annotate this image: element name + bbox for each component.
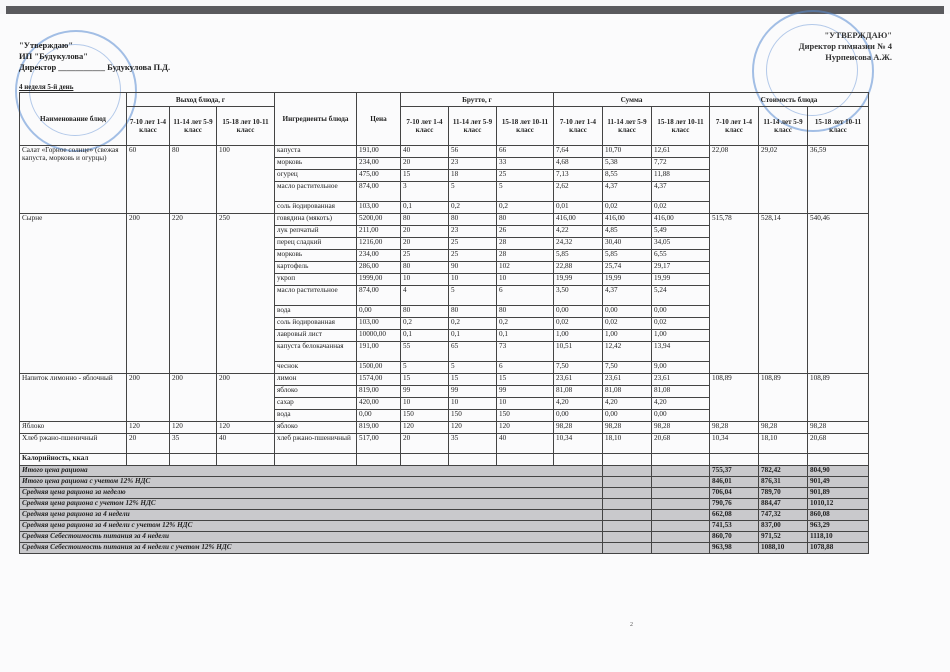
empty-cell bbox=[652, 477, 710, 488]
dish-cost: 20,68 bbox=[808, 434, 869, 454]
ingredient-price: 874,00 bbox=[357, 182, 401, 202]
dish-cost: 108,89 bbox=[808, 374, 869, 422]
summary-value: 963,98 bbox=[710, 543, 759, 554]
ingredient-sum: 18,10 bbox=[603, 434, 652, 454]
empty-cell bbox=[497, 454, 554, 466]
ingredient-sum: 20,68 bbox=[652, 434, 710, 454]
ingredient-gross: 20 bbox=[401, 238, 449, 250]
ingredient-name: вода bbox=[275, 410, 357, 422]
ingredient-gross: 80 bbox=[401, 214, 449, 226]
ingredient-gross: 55 bbox=[401, 342, 449, 362]
ingredient-sum: 4,22 bbox=[554, 226, 603, 238]
dish-cost: 528,14 bbox=[759, 214, 808, 374]
dish-cost: 18,10 bbox=[759, 434, 808, 454]
summary-label: Средняя цена рациона с учетом 12% НДС bbox=[20, 499, 603, 510]
table-row: Яблоко120120120яблоко819,0012012012098,2… bbox=[20, 422, 869, 434]
empty-cell bbox=[652, 466, 710, 477]
ingredient-sum: 5,85 bbox=[554, 250, 603, 262]
header-age-sum: 7-10 лет 1-4 класс bbox=[554, 107, 603, 146]
ingredient-price: 103,00 bbox=[357, 318, 401, 330]
empty-cell bbox=[603, 499, 652, 510]
summary-value: 804,90 bbox=[808, 466, 869, 477]
summary-value: 901,49 bbox=[808, 477, 869, 488]
approval-left-line: Директор ___________ Будукулова П.Д. bbox=[19, 62, 170, 73]
ingredient-name: капуста bbox=[275, 146, 357, 158]
ingredient-sum: 12,42 bbox=[603, 342, 652, 362]
summary-label: Средняя цена рациона за неделю bbox=[20, 488, 603, 499]
ingredient-name: морковь bbox=[275, 158, 357, 170]
ingredient-name: яблоко bbox=[275, 422, 357, 434]
table-row: Салат «Горное солнце» (свежая капуста, м… bbox=[20, 146, 869, 158]
ingredient-gross: 120 bbox=[449, 422, 497, 434]
header-cost: Стоимость блюда bbox=[710, 93, 869, 107]
ingredient-gross: 0,2 bbox=[497, 202, 554, 214]
ingredient-price: 286,00 bbox=[357, 262, 401, 274]
ingredient-gross: 80 bbox=[401, 306, 449, 318]
empty-cell bbox=[759, 454, 808, 466]
ingredient-sum: 98,28 bbox=[652, 422, 710, 434]
summary-value: 789,70 bbox=[759, 488, 808, 499]
ingredient-price: 420,00 bbox=[357, 398, 401, 410]
table-row: Хлеб ржано-пшеничный203540хлеб ржано-пше… bbox=[20, 434, 869, 454]
empty-cell bbox=[170, 454, 217, 466]
ingredient-sum: 0,02 bbox=[652, 318, 710, 330]
summary-value: 706,04 bbox=[710, 488, 759, 499]
header-age-sum: 11-14 лет 5-9 класс bbox=[603, 107, 652, 146]
ingredient-sum: 24,32 bbox=[554, 238, 603, 250]
dish-yield: 250 bbox=[217, 214, 275, 374]
ingredient-price: 0,00 bbox=[357, 410, 401, 422]
empty-cell bbox=[603, 521, 652, 532]
empty-cell bbox=[603, 477, 652, 488]
summary-value: 884,47 bbox=[759, 499, 808, 510]
header-age-yield: 7-10 лет 1-4 класс bbox=[127, 107, 170, 146]
summary-value: 790,76 bbox=[710, 499, 759, 510]
ingredient-gross: 0,2 bbox=[401, 318, 449, 330]
ingredient-name: укроп bbox=[275, 274, 357, 286]
ingredient-gross: 18 bbox=[449, 170, 497, 182]
approval-block-right: "УТВЕРЖДАЮ" Директор гимназии № 4 Нурпеи… bbox=[799, 30, 892, 63]
ingredient-gross: 80 bbox=[497, 306, 554, 318]
ingredient-sum: 1,00 bbox=[603, 330, 652, 342]
empty-cell bbox=[275, 454, 357, 466]
ingredient-gross: 10 bbox=[497, 274, 554, 286]
summary-value: 747,32 bbox=[759, 510, 808, 521]
header-age-gross: 11-14 лет 5-9 класс bbox=[449, 107, 497, 146]
summary-label: Средняя Себестоимость питания за 4 недел… bbox=[20, 532, 603, 543]
summary-value: 837,00 bbox=[759, 521, 808, 532]
ingredient-gross: 25 bbox=[497, 170, 554, 182]
table-header: Наименование блюд Выход блюда, г Ингреди… bbox=[20, 93, 869, 146]
ingredient-sum: 416,00 bbox=[603, 214, 652, 226]
ingredient-sum: 0,00 bbox=[603, 410, 652, 422]
summary-value: 782,42 bbox=[759, 466, 808, 477]
summary-label: Средняя Себестоимость питания за 4 недел… bbox=[20, 543, 603, 554]
summary-row: Средняя цена рациона за 4 недели с учето… bbox=[20, 521, 869, 532]
ingredient-sum: 0,01 bbox=[554, 202, 603, 214]
ingredient-gross: 5 bbox=[449, 286, 497, 306]
ingredient-gross: 0,1 bbox=[497, 330, 554, 342]
ingredient-gross: 56 bbox=[449, 146, 497, 158]
ingredient-price: 5200,00 bbox=[357, 214, 401, 226]
dish-yield: 35 bbox=[170, 434, 217, 454]
ingredient-price: 1216,00 bbox=[357, 238, 401, 250]
ingredient-gross: 20 bbox=[401, 434, 449, 454]
empty-cell bbox=[652, 499, 710, 510]
ingredient-gross: 0,1 bbox=[449, 330, 497, 342]
ingredient-sum: 5,85 bbox=[603, 250, 652, 262]
summary-row: Средняя Себестоимость питания за 4 недел… bbox=[20, 543, 869, 554]
ingredient-name: картофель bbox=[275, 262, 357, 274]
summary-value: 1088,10 bbox=[759, 543, 808, 554]
header-price: Цена bbox=[357, 93, 401, 146]
table-row: Сырне200220250говядина (мякоть)5200,0080… bbox=[20, 214, 869, 226]
summary-row: Средняя Себестоимость питания за 4 недел… bbox=[20, 532, 869, 543]
ingredient-gross: 4 bbox=[401, 286, 449, 306]
dish-yield: 20 bbox=[127, 434, 170, 454]
header-age-yield: 11-14 лет 5-9 класс bbox=[170, 107, 217, 146]
ingredient-sum: 2,62 bbox=[554, 182, 603, 202]
ingredient-gross: 99 bbox=[449, 386, 497, 398]
week-day-label: 4 неделя 5-й день bbox=[19, 83, 73, 91]
ingredient-sum: 7,13 bbox=[554, 170, 603, 182]
approval-block-left: "Утверждаю" ИП "Будукулова" Директор ___… bbox=[19, 40, 170, 73]
ingredient-price: 191,00 bbox=[357, 342, 401, 362]
ingredient-sum: 0,00 bbox=[652, 410, 710, 422]
ingredient-price: 10000,00 bbox=[357, 330, 401, 342]
ingredient-sum: 23,61 bbox=[603, 374, 652, 386]
table-row: Напиток лимонно - яблочный200200200лимон… bbox=[20, 374, 869, 386]
dish-yield: 200 bbox=[127, 214, 170, 374]
ingredient-gross: 80 bbox=[449, 214, 497, 226]
table-body: Салат «Горное солнце» (свежая капуста, м… bbox=[20, 146, 869, 554]
ingredient-sum: 19,99 bbox=[652, 274, 710, 286]
empty-cell bbox=[652, 454, 710, 466]
ingredient-gross: 150 bbox=[449, 410, 497, 422]
ingredient-sum: 12,61 bbox=[652, 146, 710, 158]
ingredient-sum: 1,00 bbox=[554, 330, 603, 342]
ingredient-sum: 98,28 bbox=[603, 422, 652, 434]
ingredient-gross: 28 bbox=[497, 250, 554, 262]
dish-cost: 540,46 bbox=[808, 214, 869, 374]
ingredient-sum: 0,00 bbox=[554, 410, 603, 422]
dish-name: Салат «Горное солнце» (свежая капуста, м… bbox=[20, 146, 127, 214]
ingredient-price: 874,00 bbox=[357, 286, 401, 306]
empty-cell bbox=[357, 454, 401, 466]
ingredient-gross: 99 bbox=[497, 386, 554, 398]
header-ingredients: Ингредиенты блюда bbox=[275, 93, 357, 146]
ingredient-name: морковь bbox=[275, 250, 357, 262]
dish-yield: 220 bbox=[170, 214, 217, 374]
empty-cell bbox=[652, 521, 710, 532]
dish-yield: 120 bbox=[217, 422, 275, 434]
ingredient-gross: 66 bbox=[497, 146, 554, 158]
ingredient-sum: 5,49 bbox=[652, 226, 710, 238]
ingredient-gross: 23 bbox=[449, 158, 497, 170]
summary-value: 741,53 bbox=[710, 521, 759, 532]
ingredient-sum: 7,64 bbox=[554, 146, 603, 158]
ingredient-price: 0,00 bbox=[357, 306, 401, 318]
summary-value: 846,01 bbox=[710, 477, 759, 488]
calories-label: Калорийность, ккал bbox=[20, 454, 127, 466]
ingredient-sum: 0,02 bbox=[603, 318, 652, 330]
dish-yield: 200 bbox=[170, 374, 217, 422]
dish-yield: 40 bbox=[217, 434, 275, 454]
ingredient-gross: 99 bbox=[401, 386, 449, 398]
empty-cell bbox=[603, 543, 652, 554]
summary-value: 1078,88 bbox=[808, 543, 869, 554]
approval-right-line: "УТВЕРЖДАЮ" bbox=[799, 30, 892, 41]
summary-row: Итого цена рациона755,37782,42804,90 bbox=[20, 466, 869, 477]
ingredient-gross: 3 bbox=[401, 182, 449, 202]
empty-cell bbox=[652, 543, 710, 554]
ingredient-sum: 98,28 bbox=[554, 422, 603, 434]
ingredient-gross: 80 bbox=[497, 214, 554, 226]
empty-cell bbox=[127, 454, 170, 466]
ingredient-sum: 19,99 bbox=[603, 274, 652, 286]
ingredient-sum: 81,08 bbox=[652, 386, 710, 398]
dish-name: Хлеб ржано-пшеничный bbox=[20, 434, 127, 454]
ingredient-gross: 15 bbox=[449, 374, 497, 386]
header-age-cost: 7-10 лет 1-4 класс bbox=[710, 107, 759, 146]
dish-name: Напиток лимонно - яблочный bbox=[20, 374, 127, 422]
ingredient-name: хлеб ржано-пшеничный bbox=[275, 434, 357, 454]
dish-cost: 36,59 bbox=[808, 146, 869, 214]
dish-cost: 98,28 bbox=[759, 422, 808, 434]
ingredient-sum: 9,00 bbox=[652, 362, 710, 374]
ingredient-sum: 4,20 bbox=[554, 398, 603, 410]
dish-yield: 200 bbox=[127, 374, 170, 422]
ingredient-name: перец сладкий bbox=[275, 238, 357, 250]
ingredient-gross: 33 bbox=[497, 158, 554, 170]
ingredient-price: 1500,00 bbox=[357, 362, 401, 374]
ingredient-gross: 102 bbox=[497, 262, 554, 274]
ingredient-sum: 81,08 bbox=[554, 386, 603, 398]
header-age-gross: 15-18 лет 10-11 класс bbox=[497, 107, 554, 146]
ingredient-sum: 4,37 bbox=[652, 182, 710, 202]
ingredient-gross: 10 bbox=[449, 274, 497, 286]
summary-value: 1010,12 bbox=[808, 499, 869, 510]
header-dish-name: Наименование блюд bbox=[20, 93, 127, 146]
ingredient-sum: 4,85 bbox=[603, 226, 652, 238]
dish-name: Яблоко bbox=[20, 422, 127, 434]
summary-value: 963,29 bbox=[808, 521, 869, 532]
ingredient-sum: 3,50 bbox=[554, 286, 603, 306]
empty-cell bbox=[652, 510, 710, 521]
ingredient-name: масло растительное bbox=[275, 182, 357, 202]
ingredient-price: 234,00 bbox=[357, 250, 401, 262]
ingredient-name: огурец bbox=[275, 170, 357, 182]
header-sum: Сумма bbox=[554, 93, 710, 107]
empty-cell bbox=[401, 454, 449, 466]
dish-cost: 29,02 bbox=[759, 146, 808, 214]
summary-value: 876,31 bbox=[759, 477, 808, 488]
ingredient-sum: 34,05 bbox=[652, 238, 710, 250]
ingredient-gross: 20 bbox=[401, 158, 449, 170]
ingredient-sum: 1,00 bbox=[652, 330, 710, 342]
ingredient-sum: 7,50 bbox=[603, 362, 652, 374]
approval-right-line: Нурпеисова А.Ж. bbox=[799, 52, 892, 63]
ingredient-name: лимон bbox=[275, 374, 357, 386]
ingredient-sum: 4,20 bbox=[603, 398, 652, 410]
ingredient-sum: 19,99 bbox=[554, 274, 603, 286]
summary-value: 755,37 bbox=[710, 466, 759, 477]
dish-yield: 200 bbox=[217, 374, 275, 422]
ingredient-name: капуста белокачанная bbox=[275, 342, 357, 362]
dish-cost: 108,89 bbox=[710, 374, 759, 422]
calories-row: Калорийность, ккал bbox=[20, 454, 869, 466]
summary-label: Средняя цена рациона за 4 недели с учето… bbox=[20, 521, 603, 532]
summary-value: 662,08 bbox=[710, 510, 759, 521]
ingredient-sum: 0,00 bbox=[652, 306, 710, 318]
ingredient-sum: 5,38 bbox=[603, 158, 652, 170]
ingredient-sum: 416,00 bbox=[652, 214, 710, 226]
ingredient-sum: 10,34 bbox=[554, 434, 603, 454]
ingredient-gross: 0,1 bbox=[401, 330, 449, 342]
ingredient-sum: 0,00 bbox=[554, 306, 603, 318]
ingredient-sum: 7,72 bbox=[652, 158, 710, 170]
ingredient-sum: 22,88 bbox=[554, 262, 603, 274]
empty-cell bbox=[808, 454, 869, 466]
ingredient-gross: 0,1 bbox=[401, 202, 449, 214]
dish-name: Сырне bbox=[20, 214, 127, 374]
header-age-cost: 11-14 лет 5-9 класс bbox=[759, 107, 808, 146]
ingredient-sum: 6,55 bbox=[652, 250, 710, 262]
ingredient-name: масло растительное bbox=[275, 286, 357, 306]
ingredient-sum: 5,24 bbox=[652, 286, 710, 306]
summary-row: Средняя цена рациона с учетом 12% НДС790… bbox=[20, 499, 869, 510]
ingredient-gross: 150 bbox=[401, 410, 449, 422]
ingredient-price: 103,00 bbox=[357, 202, 401, 214]
ingredient-gross: 35 bbox=[449, 434, 497, 454]
ingredient-gross: 25 bbox=[449, 238, 497, 250]
summary-label: Средняя цена рациона за 4 недели bbox=[20, 510, 603, 521]
ingredient-sum: 11,88 bbox=[652, 170, 710, 182]
empty-cell bbox=[710, 454, 759, 466]
ingredient-gross: 25 bbox=[449, 250, 497, 262]
dish-yield: 100 bbox=[217, 146, 275, 214]
scan-top-edge bbox=[6, 6, 944, 14]
ingredient-sum: 25,74 bbox=[603, 262, 652, 274]
ingredient-sum: 30,40 bbox=[603, 238, 652, 250]
dish-yield: 60 bbox=[127, 146, 170, 214]
ingredient-gross: 0,2 bbox=[449, 202, 497, 214]
ingredient-gross: 40 bbox=[497, 434, 554, 454]
dish-cost: 515,78 bbox=[710, 214, 759, 374]
dish-cost: 108,89 bbox=[759, 374, 808, 422]
ingredient-sum: 0,02 bbox=[652, 202, 710, 214]
ingredient-gross: 65 bbox=[449, 342, 497, 362]
ingredient-gross: 6 bbox=[497, 286, 554, 306]
ingredient-sum: 8,55 bbox=[603, 170, 652, 182]
header-age-yield: 15-18 лет 10-11 класс bbox=[217, 107, 275, 146]
ingredient-gross: 120 bbox=[497, 422, 554, 434]
ingredient-gross: 5 bbox=[401, 362, 449, 374]
ingredient-sum: 4,20 bbox=[652, 398, 710, 410]
ingredient-price: 819,00 bbox=[357, 422, 401, 434]
dish-yield: 120 bbox=[170, 422, 217, 434]
ingredient-gross: 25 bbox=[401, 250, 449, 262]
ingredient-gross: 5 bbox=[497, 182, 554, 202]
ingredient-name: сахар bbox=[275, 398, 357, 410]
empty-cell bbox=[652, 488, 710, 499]
ingredient-gross: 0,2 bbox=[449, 318, 497, 330]
ingredient-gross: 80 bbox=[401, 262, 449, 274]
ingredient-price: 234,00 bbox=[357, 158, 401, 170]
ingredient-price: 517,00 bbox=[357, 434, 401, 454]
dish-cost: 98,28 bbox=[710, 422, 759, 434]
ingredient-gross: 10 bbox=[449, 398, 497, 410]
approval-left-line: ИП "Будукулова" bbox=[19, 51, 170, 62]
ingredient-sum: 10,51 bbox=[554, 342, 603, 362]
empty-cell bbox=[603, 510, 652, 521]
ingredient-name: яблоко bbox=[275, 386, 357, 398]
ingredient-gross: 80 bbox=[449, 306, 497, 318]
page-number: 2 bbox=[630, 622, 633, 628]
summary-value: 860,08 bbox=[808, 510, 869, 521]
ingredient-sum: 13,94 bbox=[652, 342, 710, 362]
summary-row: Средняя цена рациона за 4 недели662,0874… bbox=[20, 510, 869, 521]
summary-value: 971,52 bbox=[759, 532, 808, 543]
ingredient-name: лук репчатый bbox=[275, 226, 357, 238]
ingredient-gross: 15 bbox=[401, 170, 449, 182]
ingredient-gross: 10 bbox=[497, 398, 554, 410]
ingredient-price: 475,00 bbox=[357, 170, 401, 182]
ingredient-gross: 73 bbox=[497, 342, 554, 362]
header-age-cost: 15-18 лет 10-11 класс bbox=[808, 107, 869, 146]
summary-label: Итого цена рациона bbox=[20, 466, 603, 477]
ingredient-gross: 6 bbox=[497, 362, 554, 374]
empty-cell bbox=[217, 454, 275, 466]
dish-yield: 120 bbox=[127, 422, 170, 434]
summary-value: 1118,10 bbox=[808, 532, 869, 543]
dish-cost: 10,34 bbox=[710, 434, 759, 454]
menu-table: Наименование блюд Выход блюда, г Ингреди… bbox=[19, 92, 869, 554]
dish-yield: 80 bbox=[170, 146, 217, 214]
ingredient-sum: 23,61 bbox=[554, 374, 603, 386]
ingredient-gross: 15 bbox=[497, 374, 554, 386]
summary-value: 860,70 bbox=[710, 532, 759, 543]
header-age-sum: 15-18 лет 10-11 класс bbox=[652, 107, 710, 146]
empty-cell bbox=[449, 454, 497, 466]
ingredient-price: 191,00 bbox=[357, 146, 401, 158]
header-yield: Выход блюда, г bbox=[127, 93, 275, 107]
approval-left-line: "Утверждаю" bbox=[19, 40, 170, 51]
header-gross: Брутто, г bbox=[401, 93, 554, 107]
ingredient-gross: 5 bbox=[449, 182, 497, 202]
summary-row: Средняя цена рациона за неделю706,04789,… bbox=[20, 488, 869, 499]
header-age-gross: 7-10 лет 1-4 класс bbox=[401, 107, 449, 146]
ingredient-gross: 23 bbox=[449, 226, 497, 238]
ingredient-price: 211,00 bbox=[357, 226, 401, 238]
approval-right-line: Директор гимназии № 4 bbox=[799, 41, 892, 52]
ingredient-gross: 10 bbox=[401, 398, 449, 410]
ingredient-gross: 15 bbox=[401, 374, 449, 386]
ingredient-name: вода bbox=[275, 306, 357, 318]
ingredient-name: чеснок bbox=[275, 362, 357, 374]
ingredient-sum: 4,37 bbox=[603, 182, 652, 202]
summary-row: Итого цена рациона с учетом 12% НДС846,0… bbox=[20, 477, 869, 488]
ingredient-price: 819,00 bbox=[357, 386, 401, 398]
ingredient-sum: 416,00 bbox=[554, 214, 603, 226]
ingredient-sum: 0,02 bbox=[554, 318, 603, 330]
ingredient-sum: 4,68 bbox=[554, 158, 603, 170]
dish-cost: 22,08 bbox=[710, 146, 759, 214]
ingredient-sum: 7,50 bbox=[554, 362, 603, 374]
ingredient-price: 1999,00 bbox=[357, 274, 401, 286]
ingredient-gross: 90 bbox=[449, 262, 497, 274]
ingredient-gross: 28 bbox=[497, 238, 554, 250]
